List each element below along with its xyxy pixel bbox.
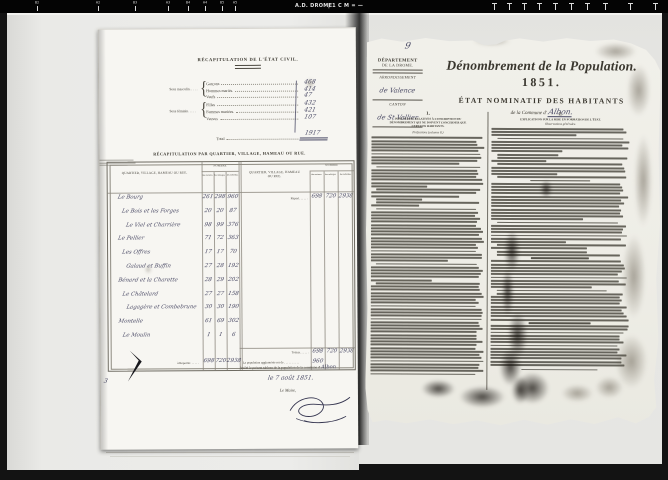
ruler-tick-label: B4 [183,1,193,5]
ruler-tick-label: A5 [230,1,240,5]
date-handwritten: le 7 août 1851. [267,374,314,381]
quartier-row-value-handwritten: 158 [224,291,241,297]
text-line [371,334,477,336]
text-line [370,373,475,375]
ruler-scale-label: | 1 C M = — [328,3,363,9]
ruler-tick [37,6,38,11]
text-line [497,137,624,139]
quartier-row-name-handwritten: Le Châtelard [122,291,159,297]
nombre-subcolumn-label: des maisons. [310,173,324,175]
table-rule [310,170,354,171]
nombre-subcolumn-label: des individus. [339,173,353,175]
text-line [371,143,477,145]
civil-group-label: Sexe féminin. . . . . [169,109,198,113]
stacked-sheet-edge [110,456,350,457]
text-line [371,337,477,339]
text-line [371,244,476,246]
table-column-line [214,172,216,370]
quartier-row-name-handwritten: Bénard et la Charette [118,277,179,283]
text-line [497,222,619,224]
text-line [376,198,422,200]
text-line [370,347,475,349]
nombre-header: NOMBRE [314,163,349,167]
text-line [371,211,478,213]
text-line [491,144,622,146]
ruler-tick [587,3,588,10]
title-rule [235,65,261,69]
ruler-agency-label: A.D. DROME [295,3,332,9]
text-line [371,302,479,304]
quartier-row-name-handwritten: Le Pellier [117,236,144,242]
text-line [371,214,475,216]
civil-row-label: Veuves [206,116,218,121]
text-line [376,166,481,168]
table-column-line [338,171,340,369]
column-heading: INDICATIONS RELATIVES À L'INSCRIPTION DU… [387,117,468,128]
printer-imprint-line [521,369,597,371]
illegible-text-lines [370,137,484,375]
certification-line: Arrêté le présent tableau de la populati… [223,364,352,370]
text-line [371,311,483,313]
quartier-column-header: QUARTIER, VILLAGE, HAMEAU OU RUE. [247,171,303,179]
ink-arrow-mark [126,349,148,383]
text-line [370,366,478,368]
etat-civil-title: RÉCAPITULATION DE L'ÉTAT CIVIL. [160,56,336,62]
text-line [371,182,483,184]
text-line [491,212,620,214]
scan-viewer-background: A.D. DROME | 1 C M = — B2A2B3A3B4A4B5A5 … [0,0,668,480]
text-line [371,269,483,271]
column-subheading: Observations générales. [505,121,615,125]
quartier-row-value-handwritten: 363 [224,235,241,241]
subtitle: ÉTAT NOMINATIF DES HABITANTS [425,96,659,106]
text-line [491,131,626,133]
totaux-label: Totaux. . . . . . [254,350,309,354]
instructions-column-1: 1. INDICATIONS RELATIVES À L'INSCRIPTION… [370,111,484,389]
text-line [497,176,627,178]
certification-text: Arrêté le présent tableau de la populati… [240,366,321,370]
agglomerated-population-label: La population agglomérée est de . . . . … [243,360,310,364]
total-value-handwritten: 1917 [299,130,329,140]
etat-civil-total-row: Total 1917 [216,130,328,141]
quartier-row-value-handwritten: 192 [224,263,241,269]
text-line [375,282,480,284]
ruler-tick [188,6,189,11]
quartier-row-value-handwritten: 70 [224,249,241,255]
text-line [371,195,459,197]
table-column-line [324,171,326,369]
civil-row-value-handwritten: 107 [300,114,329,120]
text-line [371,266,479,268]
etat-civil-table: Sexe masculin. . . . .{Garçons468Hommes … [168,78,328,122]
ruler-tick-label: B5 [217,1,227,5]
text-line [371,305,476,307]
text-line [491,189,623,191]
text-line [491,173,557,175]
quartier-row-value-handwritten: 87 [224,208,241,214]
ruler-tick [168,6,169,11]
text-line [371,321,479,323]
text-line [375,263,476,265]
left-page: RÉCAPITULATION DE L'ÉTAT CIVIL. Sexe mas… [98,27,359,450]
department-name: DE LA DROME. [370,62,426,67]
rule [373,69,423,73]
brace-glyph: { [200,101,206,120]
dot-leader [227,139,299,140]
text-line [371,240,484,242]
quartier-row-name-handwritten: Le Bourg [117,195,143,201]
edge-stain [561,384,593,402]
quartier-row-name-handwritten: Le Viel et Charrière [125,222,181,228]
ruler-tick [509,3,510,10]
text-line [371,137,482,139]
text-line [371,256,482,258]
text-line [371,221,477,223]
text-line [491,167,624,169]
fox-spot [145,265,151,273]
text-line [491,134,576,136]
census-year: 1851. [425,75,659,91]
civil-row: Veuves107 [206,113,328,121]
text-line [371,176,476,178]
text-line [491,147,628,149]
edge-stain [634,135,652,227]
civil-row-label: Hommes mariés. [206,88,233,93]
text-line [371,253,482,255]
ruler-tick [539,3,540,10]
text-line [371,298,476,300]
arrondissement-handwritten: de Valence [379,86,416,94]
quartier-row-name-handwritten: Le Moulin [122,332,151,338]
text-line [491,128,623,130]
text-line [370,353,479,355]
nombre-subcolumn-label: des ménages. [213,174,227,176]
nombre-subcolumn-label: des ménages. [324,173,338,175]
ink-stain [540,180,552,198]
rule [373,99,423,100]
edge-stain [459,386,505,408]
dot-leader [217,97,298,98]
text-line [371,146,484,148]
quartier-row-value-handwritten: 376 [224,222,241,228]
text-line [371,315,482,317]
nombre-subcolumn-label: des individus. [225,174,239,176]
ink-stain [504,230,520,272]
text-line [371,179,482,181]
table-rule [202,171,239,172]
edge-stain [615,334,647,388]
civil-rows: Filles432Femmes mariées.421Veuves107 [206,100,328,121]
text-line [371,273,481,275]
text-line [371,331,477,333]
text-line [371,292,482,294]
quartier-column-header: QUARTIER, VILLAGE, HAMEAU OU RUE. [117,171,192,175]
title-block: Dénombrement de la Population. 1851. ÉTA… [424,58,658,118]
edge-stain [622,234,646,318]
reporter-label: à Reporter. . . . . . [144,361,199,365]
text-line [491,209,621,211]
text-line [371,159,477,161]
text-line [491,186,622,188]
ruler-tick-label: A3 [163,1,173,5]
ruler-tick-label: B3 [130,1,140,5]
text-line [491,170,625,172]
civil-row-label: Filles [206,102,215,107]
text-line [371,247,478,249]
text-line [497,163,622,165]
total-label: Total [216,136,224,141]
ruler-tick [524,3,525,10]
text-line [491,202,624,204]
nombre-header: NOMBRE [205,164,235,167]
text-line [491,241,566,243]
quartier-row-name-handwritten: Montelle [118,319,143,325]
text-line [370,370,483,372]
text-line [491,160,546,162]
quartier-row-value-handwritten: 202 [224,277,241,283]
reporter-value-handwritten: 2938 [225,358,242,364]
quartier-row-value-handwritten: 190 [224,304,241,310]
text-line [371,308,482,310]
text-line [371,328,483,330]
text-line [371,231,483,233]
ruler-tick [571,3,572,10]
text-line [491,225,626,227]
text-line [371,260,448,262]
text-line [371,250,476,252]
text-line [491,192,620,194]
text-line [371,324,480,326]
civil-row-value-handwritten: 47 [300,93,329,99]
fox-spot [306,78,314,88]
agglomerated-population-value-handwritten: 960 [309,358,326,364]
column-subheading: Professions (colonne 8.) [383,130,473,134]
text-line [371,341,483,343]
quartier-row-value-handwritten: 960 [224,194,241,200]
text-line [496,293,622,295]
ruler-tick [222,6,223,11]
civil-row: Veufs47 [206,92,328,100]
text-line [530,180,590,182]
text-line [491,218,583,220]
text-line [371,172,478,174]
text-line [491,205,619,207]
text-line [371,153,480,155]
text-line [371,237,482,239]
text-line [376,208,476,210]
table-column-line [310,171,312,369]
ruler-tick [555,3,556,10]
text-line [491,199,621,201]
text-line [371,224,476,226]
ruler-tick [98,6,99,11]
text-line [371,234,479,236]
ruler-tick-label: B2 [32,1,42,5]
dot-leader [220,118,298,119]
quartier-row-value-handwritten: 302 [224,318,241,324]
text-line [370,363,479,365]
text-line [376,189,480,191]
edge-stain [595,42,637,60]
ruler-tick [235,6,236,11]
text-line [371,192,476,194]
ruler-tick [630,3,631,10]
main-title: Dénombrement de la Population. [425,58,659,75]
text-line [491,141,629,143]
brace-glyph: { [200,80,206,99]
text-line [370,357,481,359]
text-line [371,227,481,229]
text-line [497,157,627,159]
page-number-handwritten: 9 [404,42,412,52]
commune-name-handwritten: Albon [321,365,336,371]
text-line [371,276,479,278]
civil-row-label: Garçons [206,81,219,86]
quartier-title: RÉCAPITULATION PAR QUARTIER, VILLAGE, HA… [109,150,349,156]
table-column-line [226,172,228,370]
right-page: 9 DÉPARTEMENT DE LA DROME. ARRONDISSEMEN… [365,35,661,426]
ruler-tick [655,3,656,10]
text-line [497,154,558,156]
text-line [371,289,480,291]
civil-group: Sexe féminin. . . . .{Filles432Femmes ma… [168,100,328,121]
edge-stain [627,64,651,116]
ruler-tick [494,3,495,10]
text-line [371,295,484,297]
report-label: Report. . . . . . [253,196,308,200]
text-line [491,183,620,185]
text-line [371,156,481,158]
edge-stain [515,372,549,404]
text-line [371,286,479,288]
text-line [531,257,589,259]
ruler-strip: A.D. DROME | 1 C M = — B2A2B3A3B4A4B5A5 [0,0,668,13]
ruler-tick [205,6,206,11]
text-line [371,279,432,281]
text-line [371,318,482,320]
text-line [491,196,628,198]
quartier-table: QUARTIER, VILLAGE, HAMEAU OU RUE.QUARTIE… [107,160,356,372]
text-line [491,150,562,152]
edge-stain [421,380,455,398]
stacked-sheet-edge [106,452,354,453]
text-line [491,215,623,217]
quartier-row-name-handwritten: Le Bois et les Forges [121,208,179,214]
text-line [371,185,427,187]
text-line [371,205,419,207]
quartier-row-value-handwritten: 6 [224,332,241,338]
quartier-row-name-handwritten: Les Offres [121,250,150,256]
civil-group: Sexe masculin. . . . .{Garçons468Hommes … [168,78,328,99]
column-divider-rule [486,112,488,390]
text-line [371,218,480,220]
mayor-signature [286,392,356,426]
totaux-value-handwritten: 2938 [338,348,355,354]
ruler-tick-label: A4 [200,1,210,5]
text-line [370,360,483,362]
text-line [528,322,591,324]
ruler-tick [605,3,606,10]
text-line [371,140,476,142]
ruler-tick [135,6,136,11]
text-line [376,201,480,203]
civil-group-label: Sexe masculin. . . . . [169,88,198,92]
ruler-tick-label: A2 [93,1,103,5]
text-line [371,169,477,171]
civil-row-label: Veufs [206,94,215,99]
text-line [370,350,483,352]
text-line [371,163,459,165]
text-line [371,150,478,152]
civil-row-label: Femmes mariées. [206,109,234,114]
text-line [370,344,476,346]
quartier-row-name-handwritten: Lagagère et Combebrune [126,305,197,311]
report-value-handwritten: 2938 [337,193,354,199]
